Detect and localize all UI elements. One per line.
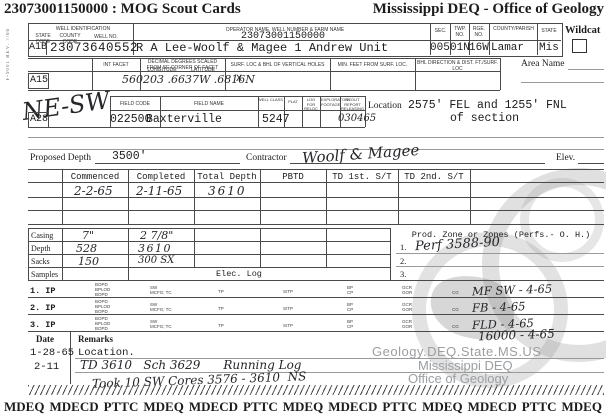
- ip-row-label: 3. IP: [30, 320, 56, 330]
- well-no-header: WELL NO.: [88, 34, 124, 40]
- ip-cg-label: CG: [452, 307, 459, 312]
- divider: [28, 197, 604, 198]
- county-header: COUNTY/PARISH: [490, 26, 537, 32]
- blank-line: [95, 163, 240, 164]
- card-row-label: A28: [30, 114, 48, 125]
- surf-loc-header: SURF. LOC & BHL OF VERTICAL HOLES: [227, 62, 328, 68]
- ip-sitp-label: SITP: [283, 306, 293, 311]
- form-number: F-9001 REV. 7/66: [6, 28, 11, 80]
- state-value: Mis: [539, 42, 559, 54]
- well-id-header: WELL IDENTIFICATION: [33, 26, 133, 32]
- sec-value: 005: [430, 42, 450, 54]
- wildcat-checkbox[interactable]: [572, 39, 587, 53]
- x-mark: X: [236, 74, 242, 85]
- remark-date-1: 1-28-65: [30, 347, 74, 359]
- well-class-value: 5247: [262, 113, 290, 126]
- col-header-completed: Completed: [128, 172, 194, 182]
- footer-token: PTTC: [243, 399, 278, 415]
- twp-header: TWP. NO.: [451, 26, 469, 38]
- sec-header: SEC.: [431, 28, 450, 34]
- ip-value-1: MF SW - 4-65: [472, 282, 553, 299]
- min-feet-header: MIN. FEET FROM SURF. LOC.: [332, 62, 413, 68]
- area-name-label: Area Name: [521, 59, 565, 69]
- depth-label: Depth: [31, 244, 51, 253]
- footer-token: PTTC: [382, 399, 417, 415]
- col-header-pbtd: PBTD: [260, 172, 326, 182]
- ip-tp-label: TP: [218, 306, 224, 311]
- footer-token: PTTC: [522, 399, 557, 415]
- divider: [28, 280, 604, 281]
- casing-depth-1: 528: [76, 242, 97, 255]
- divider: [28, 314, 604, 315]
- commenced-value: 2-2-65: [74, 184, 113, 198]
- divider: [28, 224, 604, 225]
- bhl-direction-header: BHL DIRECTION & DIST. FT./SURF. LOC: [417, 60, 498, 72]
- wildcat-label: Wildcat: [565, 25, 600, 36]
- card-row-label: A1B: [29, 42, 47, 53]
- divider: [28, 127, 365, 128]
- twp-value: 01N: [450, 42, 470, 54]
- date-header: Date: [36, 334, 54, 344]
- rge-header: RGE. NO.: [470, 26, 488, 38]
- divider: [92, 58, 93, 90]
- ip-col2-l2: MCFG; TC: [150, 307, 172, 312]
- divider: [110, 110, 365, 111]
- casing-size-2: 2 7/8": [140, 229, 173, 242]
- watermark-url: Geology.DEQ.State.MS.US: [372, 344, 542, 359]
- footer-token: MDEQ: [422, 399, 462, 415]
- ip-col1-l3: BOPD: [95, 292, 108, 297]
- ip-value-2: FB - 4-65: [472, 299, 526, 315]
- ip-sitp-label: SITP: [283, 323, 293, 328]
- sacks-label: Sacks: [31, 257, 50, 266]
- total-depth-value: 3610: [208, 184, 247, 198]
- ip-row-label: 1. IP: [30, 286, 56, 296]
- blank-line: [521, 82, 604, 83]
- location-label: Location: [368, 101, 402, 111]
- ip-cp-label: CP: [347, 324, 353, 329]
- int-facet-header: INT FACET: [94, 62, 138, 68]
- proposed-depth-value: 3500': [112, 150, 147, 163]
- scout-report-header: SCOUT REPORT RELEASING: [341, 98, 364, 112]
- col-header-total-depth: Total Depth: [194, 172, 260, 182]
- ip-tp-label: TP: [218, 289, 224, 294]
- col-header-td1: TD 1st. S/T: [326, 172, 398, 182]
- ip-col1-l3: BOPD: [95, 309, 108, 314]
- contractor-label: Contractor: [246, 153, 287, 163]
- footer-token: MDECD: [189, 399, 238, 415]
- ip-sitp-label: SITP: [283, 289, 293, 294]
- divider: [330, 58, 331, 90]
- ip-cg-label: CG: [452, 324, 459, 329]
- prod-zone-1-num: 1.: [400, 242, 406, 252]
- page-title: 23073001150000 : MOG Scout Cards: [4, 1, 241, 18]
- field-name-header: FIELD NAME: [162, 101, 256, 107]
- footer-token: MDEQ: [143, 399, 183, 415]
- exploratory-header: EXPLORATORY FOOTAGE: [321, 98, 339, 107]
- footer-token: MDEQ: [4, 399, 44, 415]
- location-value-2: of section: [450, 112, 519, 125]
- divider: [415, 58, 416, 90]
- divider: [75, 372, 604, 373]
- operator-value: R A Lee-Woolf & Magee 1 Andrew Unit: [136, 41, 388, 55]
- well-id-value: 23073640552: [50, 41, 138, 55]
- section-divider: [28, 137, 604, 138]
- blank-line: [290, 163, 545, 164]
- rge-value: 16W: [469, 42, 489, 54]
- remarks-header: Remarks: [78, 334, 113, 344]
- divider: [62, 228, 63, 280]
- watermark-office: Office of Geology: [408, 371, 508, 386]
- well-class-header: WELL CLASS: [258, 98, 283, 103]
- latitude-header: LATITUDE: [183, 67, 223, 73]
- divider: [28, 182, 604, 183]
- ip-gor-label: GOR: [402, 307, 412, 312]
- ip-col2-l2: MCFG; TC: [150, 324, 172, 329]
- plat-header: PLAT: [285, 100, 301, 105]
- elec-log-label: Elec. Log: [216, 269, 262, 279]
- ip-row-label: 2. IP: [30, 303, 56, 313]
- ip-cg-label: CG: [452, 290, 459, 295]
- divider: [28, 58, 500, 59]
- completed-value: 2-11-65: [136, 184, 182, 198]
- card-row-label: A15: [30, 75, 48, 86]
- casing-size-1: 7": [82, 229, 94, 242]
- county-value: Lamar: [491, 42, 524, 54]
- ip-gor-label: GOR: [402, 290, 412, 295]
- casing-depth-2: 3610: [138, 242, 172, 255]
- divider: [28, 297, 604, 298]
- col-header-commenced: Commenced: [62, 172, 128, 182]
- col-header-td2: TD 2nd. S/T: [398, 172, 470, 182]
- field-name-value: Baxterville: [146, 113, 222, 126]
- prod-zone-2-num: 2.: [400, 256, 406, 266]
- footer-token: MDEQ: [562, 399, 602, 415]
- field-code-header: FIELD CODE: [112, 101, 158, 107]
- divider: [260, 228, 261, 267]
- blank-line: [578, 163, 604, 164]
- deq-logo-watermark-circle3: [520, 178, 604, 262]
- ip-col2-l2: MCFG; TC: [150, 290, 172, 295]
- agency-title: Mississippi DEQ - Office of Geology: [373, 1, 604, 18]
- divider: [390, 228, 391, 280]
- remark-date-2: 2-11: [34, 361, 59, 373]
- location-value: 2575' FEL and 1255' FNL: [408, 99, 567, 112]
- divider: [500, 58, 501, 90]
- scout-date-value: 030465: [338, 113, 376, 124]
- divider: [128, 228, 129, 280]
- proposed-depth-label: Proposed Depth: [30, 153, 91, 163]
- log-reloc-header: LOG FOR RELOC: [303, 98, 319, 112]
- footer-token: MDECD: [50, 399, 99, 415]
- footer-token: MDECD: [328, 399, 377, 415]
- sacks-1: 150: [78, 255, 99, 268]
- footer-token: PTTC: [104, 399, 139, 415]
- footer-watermark-row: MDEQ MDECD PTTC MDEQ MDECD PTTC MDEQ MDE…: [4, 399, 602, 415]
- divider: [396, 266, 604, 267]
- ip-extra-value: 16000 - 4-65: [478, 327, 555, 344]
- divider: [28, 228, 29, 280]
- ip-tp-label: TP: [218, 323, 224, 328]
- state-header: STATE: [538, 28, 560, 34]
- casing-label: Casing: [31, 231, 53, 240]
- divider: [28, 210, 604, 211]
- ip-cp-label: CP: [347, 307, 353, 312]
- divider: [194, 228, 195, 267]
- divider: [326, 228, 327, 267]
- samples-label: Samples: [31, 270, 58, 279]
- footer-token: MDECD: [468, 399, 517, 415]
- hatched-border: [28, 385, 604, 395]
- divider: [28, 169, 604, 170]
- ip-col1-l3: BOPD: [95, 326, 108, 331]
- prod-zone-3-num: 3.: [400, 269, 406, 279]
- ip-cp-label: CP: [347, 290, 353, 295]
- ip-gor-label: GOR: [402, 324, 412, 329]
- longitude-header: LONGITUDE: [141, 67, 183, 73]
- blank-line: [568, 69, 604, 70]
- footer-token: MDEQ: [283, 399, 323, 415]
- sacks-2: 300 SX: [138, 255, 174, 266]
- coordinates-value: 560203 .6637W .6816N: [122, 73, 255, 86]
- divider: [470, 169, 471, 224]
- elev-label: Elev.: [556, 153, 575, 163]
